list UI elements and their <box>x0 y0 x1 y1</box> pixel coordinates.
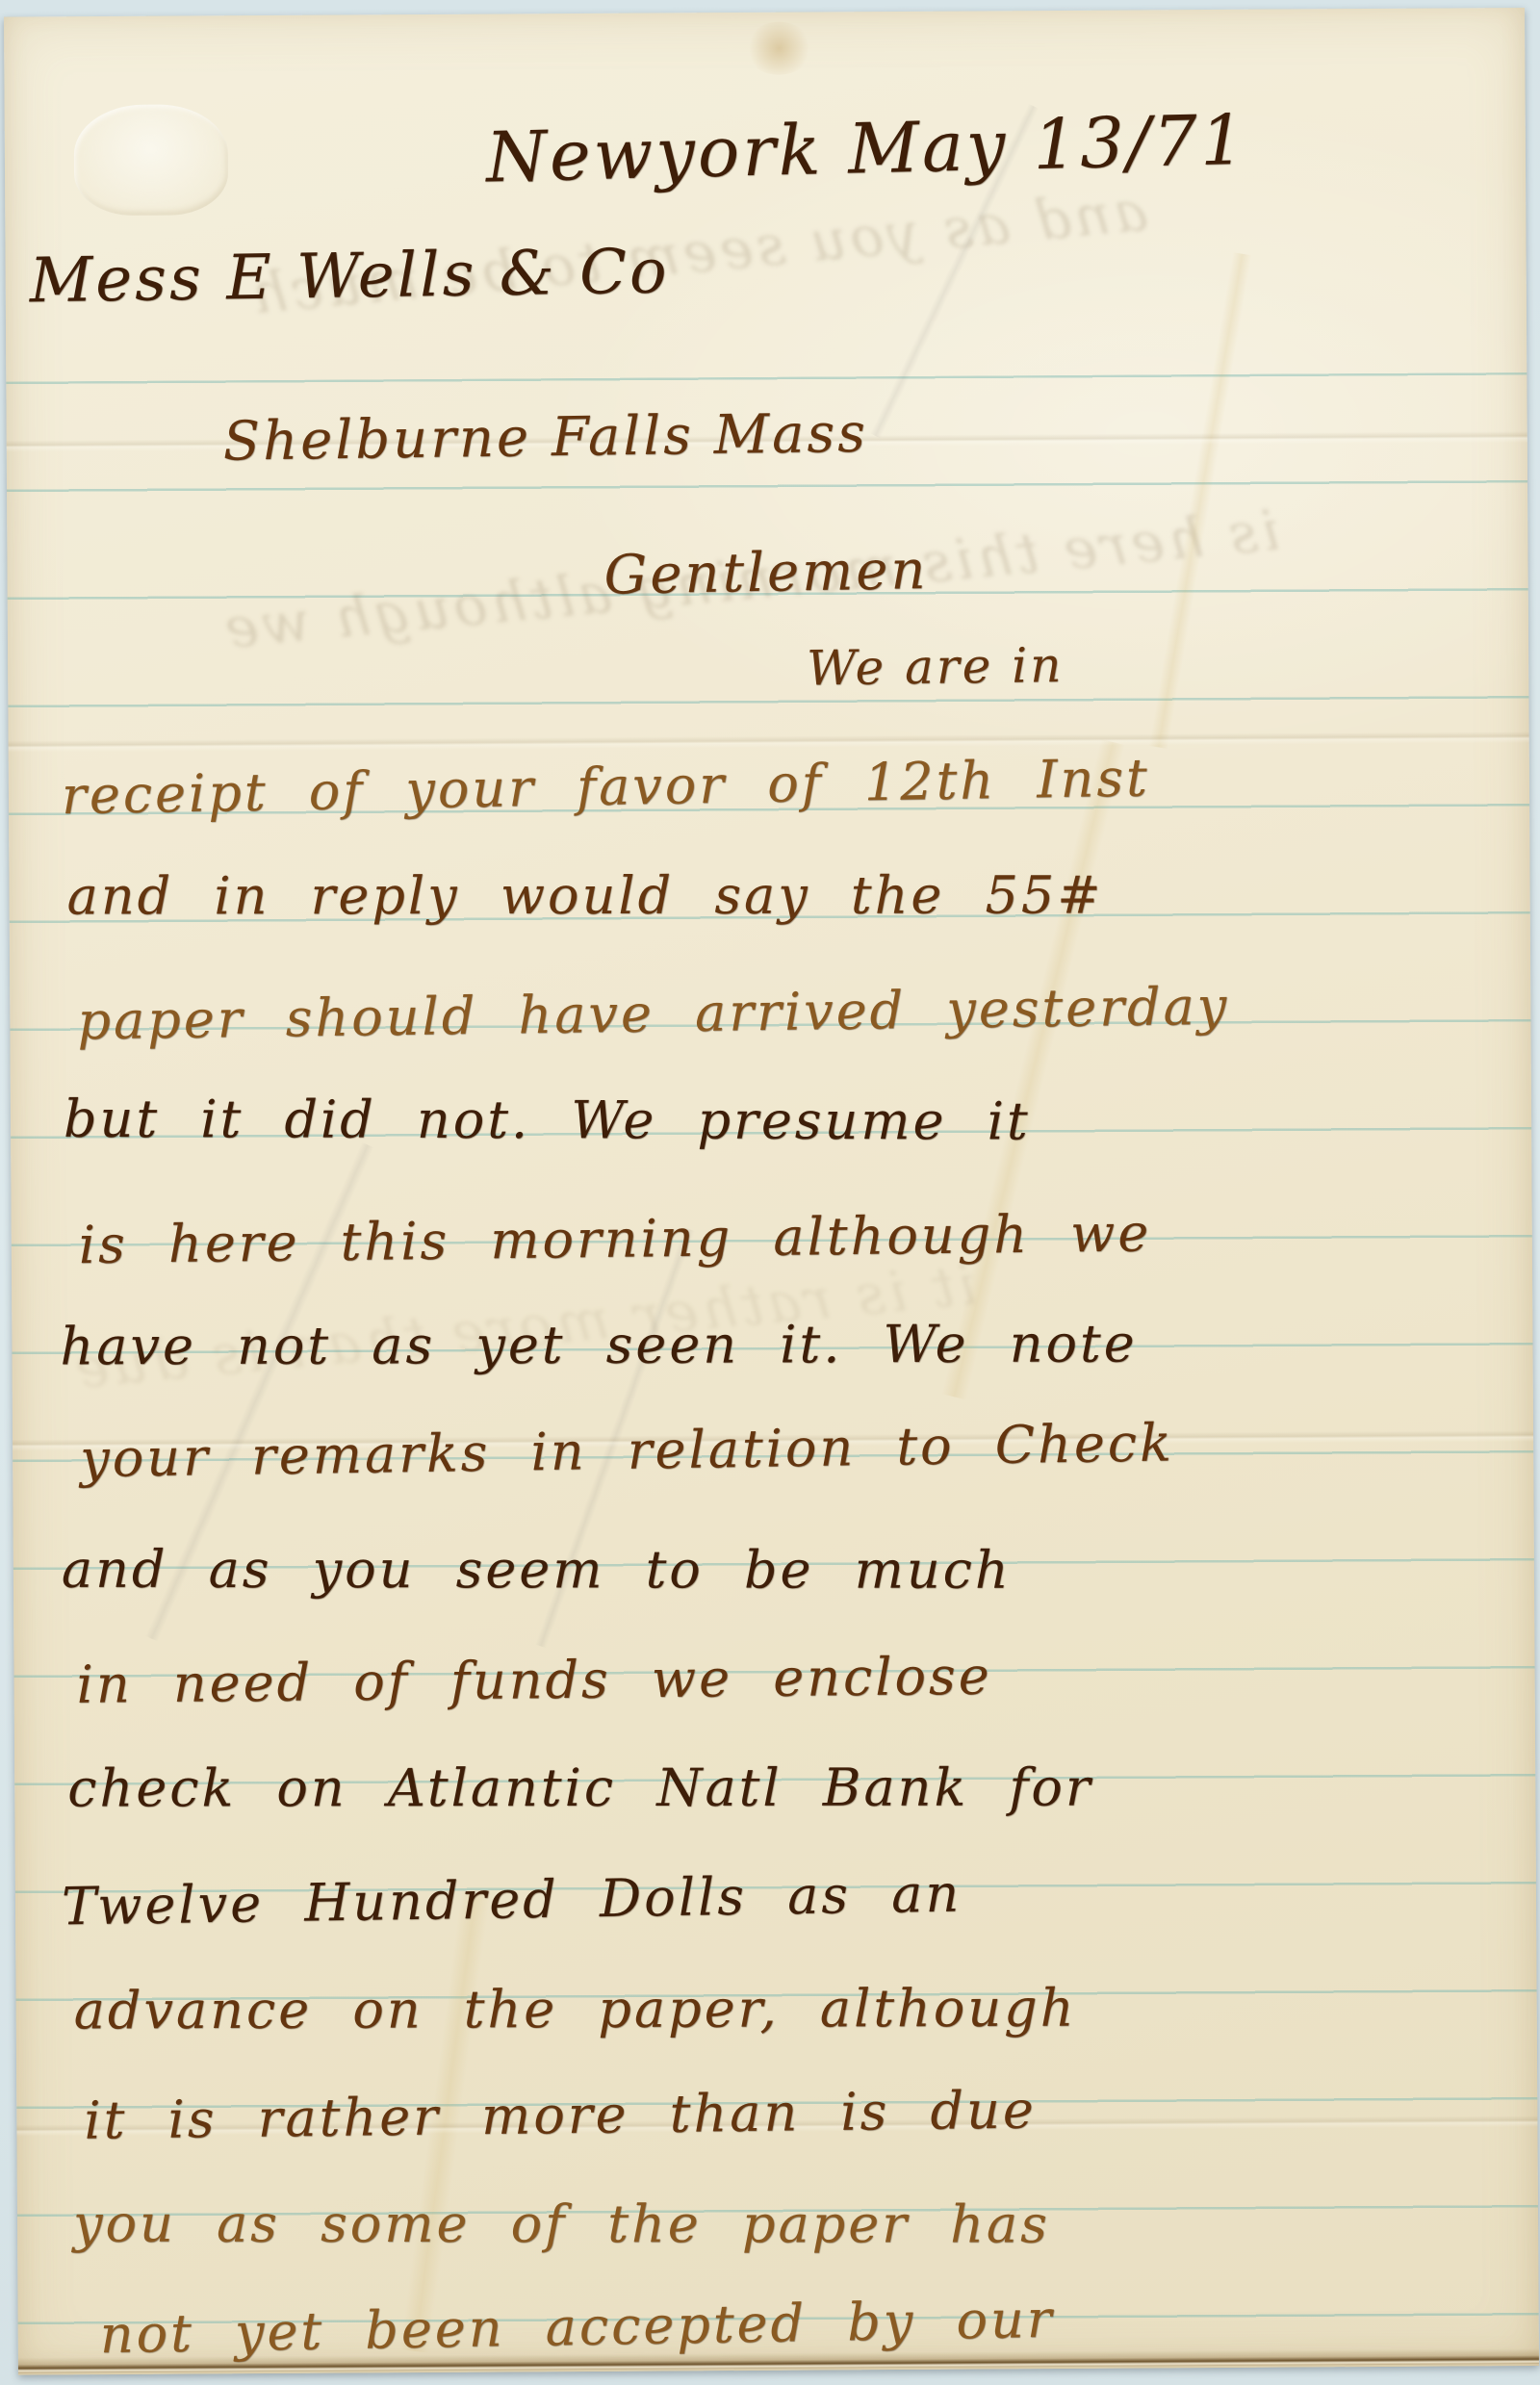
body-line: advance on the paper, although <box>74 1978 1077 2041</box>
embossed-seal <box>74 104 229 216</box>
body-line: it is rather more than is due <box>84 2080 1037 2151</box>
body-line: have not as yet seen it. We note <box>60 1313 1137 1376</box>
opening-phrase: We are in <box>807 637 1065 696</box>
age-stain <box>745 22 812 75</box>
body-line: in need of funds we enclose <box>76 1646 992 1715</box>
body-line: is here this morning although we <box>78 1202 1151 1275</box>
body-line: but it did not. We presume it <box>64 1089 1031 1152</box>
scanned-letter-page: and as you seem to be much is here this … <box>0 0 1540 2385</box>
letter-paper: and as you seem to be much is here this … <box>4 8 1539 2375</box>
address-line: Shelburne Falls Mass <box>222 402 868 474</box>
salutation: Gentlemen <box>603 539 929 607</box>
body-line: and as you seem to be much <box>62 1539 1012 1601</box>
addressee-line: Mess E Wells & Co <box>29 237 670 318</box>
body-line: and in reply would say the 55# <box>67 865 1104 927</box>
body-line: you as some of the paper has <box>73 2193 1050 2255</box>
body-line: check on Atlantic Natl Bank for <box>67 1757 1092 1819</box>
